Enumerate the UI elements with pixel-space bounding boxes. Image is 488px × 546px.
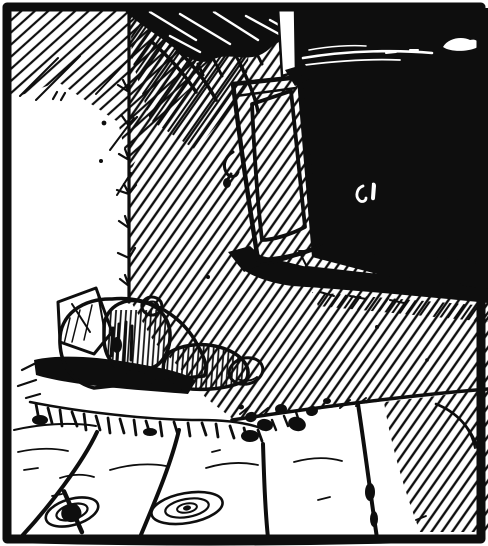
ink-illustration bbox=[0, 0, 488, 546]
window-jamb bbox=[278, 8, 296, 76]
muzzle-shading bbox=[112, 337, 122, 353]
illustration-panel: Pen-and-ink drawing: a small bear-like a… bbox=[0, 0, 488, 546]
night-opening bbox=[294, 8, 488, 303]
